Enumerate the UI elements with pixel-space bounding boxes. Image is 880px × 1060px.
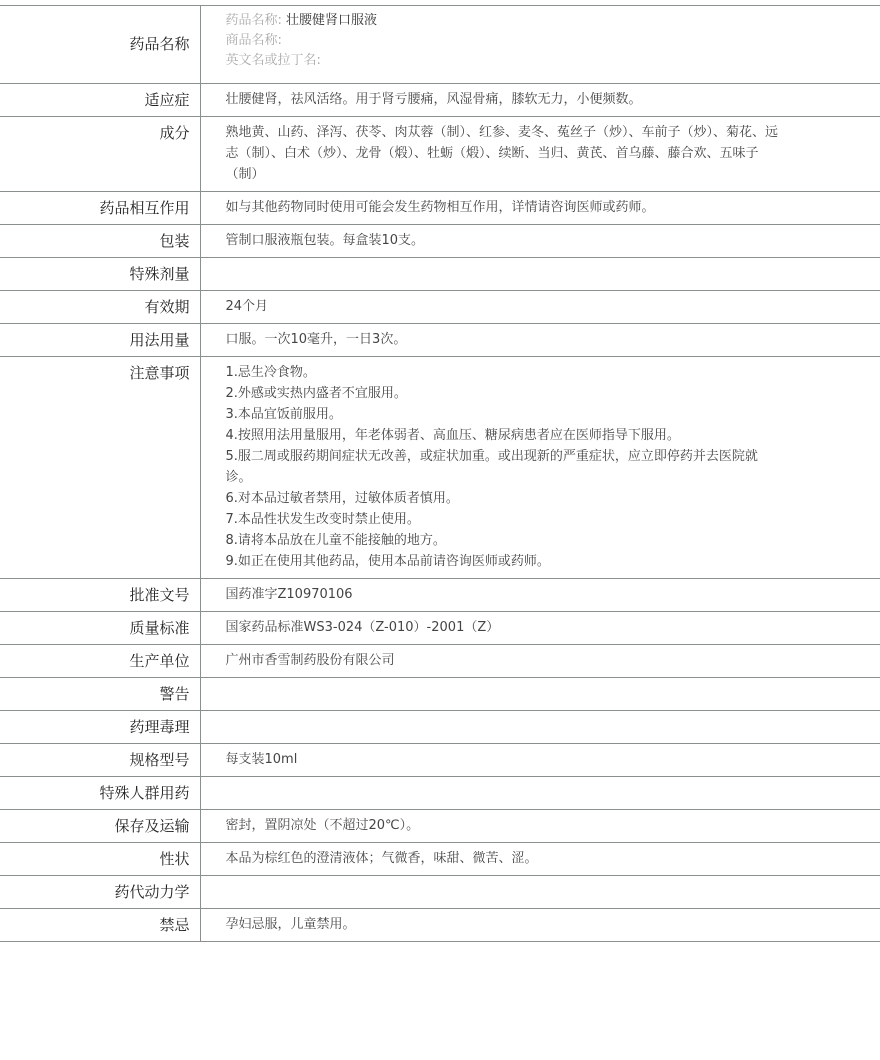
row-pharmacokinetics: 药代动力学 [0, 876, 880, 909]
value-indications: 壮腰健肾，祛风活络。用于肾亏腰痛，风湿骨痛，膝软无力，小便频数。 [200, 84, 880, 117]
label-pharmacology: 药理毒理 [0, 711, 200, 744]
label-special-populations: 特殊人群用药 [0, 777, 200, 810]
label-ingredients: 成分 [0, 117, 200, 192]
row-manufacturer: 生产单位 广州市香雪制药股份有限公司 [0, 645, 880, 678]
label-specification: 规格型号 [0, 744, 200, 777]
value-warning [200, 678, 880, 711]
trade-name-key: 商品名称: [226, 33, 282, 48]
value-specification: 每支装10ml [200, 744, 880, 777]
precaution-item: 1.忌生冷食物。 [226, 362, 781, 383]
value-description: 本品为棕红色的澄清液体；气微香，味甜、微苦、涩。 [200, 843, 880, 876]
label-warning: 警告 [0, 678, 200, 711]
product-name-cell: 药品名称: 壮腰健肾口服液 商品名称: 英文名或拉丁名: [200, 6, 880, 84]
row-special-populations: 特殊人群用药 [0, 777, 880, 810]
precaution-item: 6.对本品过敏者禁用，过敏体质者慎用。 [226, 488, 781, 509]
trade-name-line: 商品名称: [226, 31, 880, 51]
precaution-item: 7.本品性状发生改变时禁止使用。 [226, 509, 781, 530]
row-approval-number: 批准文号 国药准字Z10970106 [0, 579, 880, 612]
row-specification: 规格型号 每支装10ml [0, 744, 880, 777]
row-dosage: 用法用量 口服。一次10毫升，一日3次。 [0, 324, 880, 357]
precaution-item: 4.按照用法用量服用，年老体弱者、高血压、糖尿病患者应在医师指导下服用。 [226, 425, 781, 446]
precaution-item: 8.请将本品放在儿童不能接触的地方。 [226, 530, 781, 551]
label-product-name: 药品名称 [0, 6, 200, 84]
label-quality-standard: 质量标准 [0, 612, 200, 645]
value-manufacturer: 广州市香雪制药股份有限公司 [200, 645, 880, 678]
row-quality-standard: 质量标准 国家药品标准WS3-024（Z-010）-2001（Z） [0, 612, 880, 645]
english-name-line: 英文名或拉丁名: [226, 51, 880, 71]
label-interactions: 药品相互作用 [0, 192, 200, 225]
value-packaging: 管制口服液瓶包装。每盒装10支。 [200, 225, 880, 258]
value-precautions: 1.忌生冷食物。 2.外感或实热内盛者不宜服用。 3.本品宜饭前服用。 4.按照… [200, 357, 880, 579]
row-storage: 保存及运输 密封，置阴凉处（不超过20℃）。 [0, 810, 880, 843]
row-packaging: 包装 管制口服液瓶包装。每盒装10支。 [0, 225, 880, 258]
generic-name-key: 药品名称: [226, 13, 282, 28]
row-product-name: 药品名称 药品名称: 壮腰健肾口服液 商品名称: 英文名或拉丁名: [0, 6, 880, 84]
row-warning: 警告 [0, 678, 880, 711]
row-pharmacology: 药理毒理 [0, 711, 880, 744]
label-shelf-life: 有效期 [0, 291, 200, 324]
value-quality-standard: 国家药品标准WS3-024（Z-010）-2001（Z） [200, 612, 880, 645]
precaution-item: 2.外感或实热内盛者不宜服用。 [226, 383, 781, 404]
precaution-item: 9.如正在使用其他药品，使用本品前请咨询医师或药师。 [226, 551, 781, 572]
label-pharmacokinetics: 药代动力学 [0, 876, 200, 909]
label-contraindications: 禁忌 [0, 909, 200, 942]
value-dosage: 口服。一次10毫升，一日3次。 [200, 324, 880, 357]
drug-spec-table: 药品名称 药品名称: 壮腰健肾口服液 商品名称: 英文名或拉丁名: 适应症 壮腰… [0, 5, 880, 942]
value-shelf-life: 24个月 [200, 291, 880, 324]
label-description: 性状 [0, 843, 200, 876]
label-dosage: 用法用量 [0, 324, 200, 357]
value-special-dosage [200, 258, 880, 291]
precaution-item: 5.服二周或服药期间症状无改善，或症状加重。或出现新的严重症状，应立即停药并去医… [226, 446, 781, 488]
label-indications: 适应症 [0, 84, 200, 117]
label-special-dosage: 特殊剂量 [0, 258, 200, 291]
label-manufacturer: 生产单位 [0, 645, 200, 678]
value-ingredients: 熟地黄、山药、泽泻、茯苓、肉苁蓉（制）、红参、麦冬、菟丝子（炒）、车前子（炒）、… [200, 117, 880, 192]
value-interactions: 如与其他药物同时使用可能会发生药物相互作用，详情请咨询医师或药师。 [200, 192, 880, 225]
label-storage: 保存及运输 [0, 810, 200, 843]
value-pharmacology [200, 711, 880, 744]
english-name-key: 英文名或拉丁名: [226, 53, 321, 68]
label-packaging: 包装 [0, 225, 200, 258]
row-shelf-life: 有效期 24个月 [0, 291, 880, 324]
generic-name-value: 壮腰健肾口服液 [286, 13, 377, 28]
value-pharmacokinetics [200, 876, 880, 909]
value-storage: 密封，置阴凉处（不超过20℃）。 [200, 810, 880, 843]
label-precautions: 注意事项 [0, 357, 200, 579]
label-approval-number: 批准文号 [0, 579, 200, 612]
row-ingredients: 成分 熟地黄、山药、泽泻、茯苓、肉苁蓉（制）、红参、麦冬、菟丝子（炒）、车前子（… [0, 117, 880, 192]
value-special-populations [200, 777, 880, 810]
row-contraindications: 禁忌 孕妇忌服，儿童禁用。 [0, 909, 880, 942]
row-indications: 适应症 壮腰健肾，祛风活络。用于肾亏腰痛，风湿骨痛，膝软无力，小便频数。 [0, 84, 880, 117]
row-special-dosage: 特殊剂量 [0, 258, 880, 291]
row-description: 性状 本品为棕红色的澄清液体；气微香，味甜、微苦、涩。 [0, 843, 880, 876]
generic-name-line: 药品名称: 壮腰健肾口服液 [226, 11, 880, 31]
value-approval-number: 国药准字Z10970106 [200, 579, 880, 612]
precaution-item: 3.本品宜饭前服用。 [226, 404, 781, 425]
row-precautions: 注意事项 1.忌生冷食物。 2.外感或实热内盛者不宜服用。 3.本品宜饭前服用。… [0, 357, 880, 579]
value-contraindications: 孕妇忌服，儿童禁用。 [200, 909, 880, 942]
row-interactions: 药品相互作用 如与其他药物同时使用可能会发生药物相互作用，详情请咨询医师或药师。 [0, 192, 880, 225]
